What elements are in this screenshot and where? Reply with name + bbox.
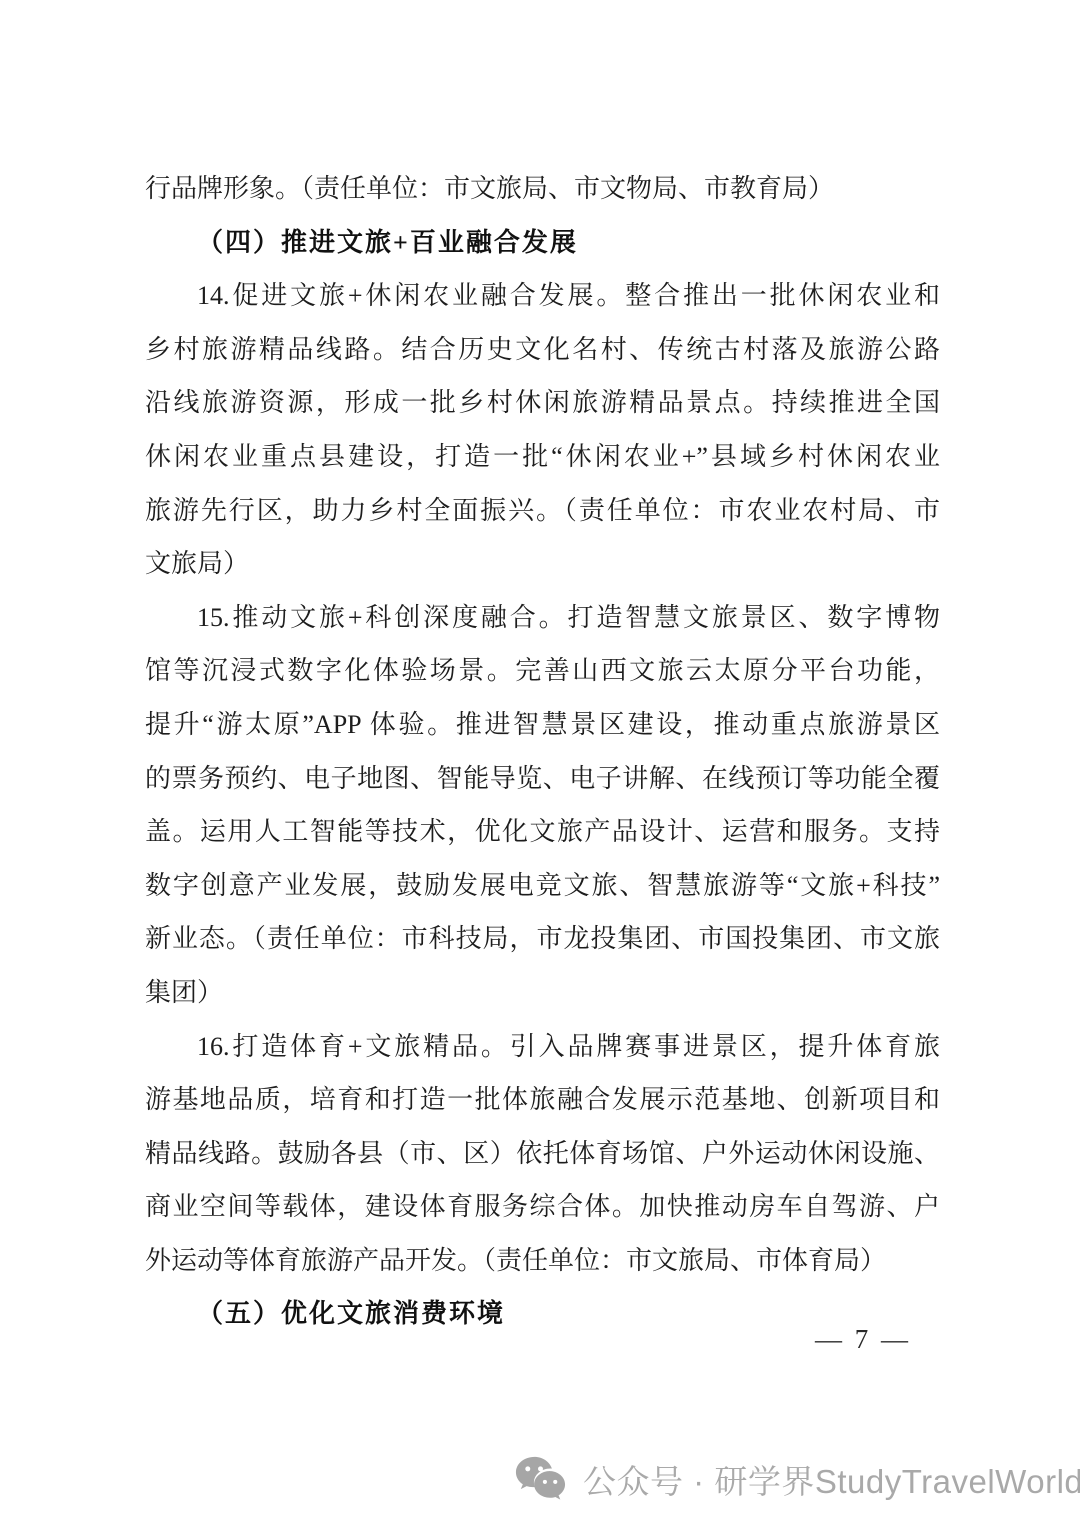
text-line: 沿线旅游资源，形成一批乡村休闲旅游精品景点。持续推进全国: [145, 376, 940, 430]
text-line: 游基地品质，培育和打造一批体旅融合发展示范基地、创新项目和: [145, 1073, 940, 1127]
text-line: 乡村旅游精品线路。结合历史文化名村、传统古村落及旅游公路: [145, 323, 940, 377]
text-line: 休闲农业重点县建设，打造一批“休闲农业+”县域乡村休闲农业: [145, 430, 940, 484]
text-line: 的票务预约、电子地图、智能导览、电子讲解、在线预订等功能全覆: [145, 752, 940, 806]
paragraph-start-line: 14.促进文旅+休闲农业融合发展。整合推出一批休闲农业和: [145, 269, 940, 323]
text-line: 数字创意产业发展，鼓励发展电竞文旅、智慧旅游等“文旅+科技”: [145, 859, 940, 913]
wechat-icon: [514, 1454, 570, 1504]
text-line: 文旅局）: [145, 537, 940, 591]
text-line: 外运动等体育旅游产品开发。（责任单位：市文旅局、市体育局）: [145, 1234, 940, 1288]
text-line: 馆等沉浸式数字化体验场景。完善山西文旅云太原分平台功能，: [145, 644, 940, 698]
paragraph-start-line: 15.推动文旅+科创深度融合。打造智慧文旅景区、数字博物: [145, 591, 940, 645]
text-line: 提升“游太原”APP 体验。推进智慧景区建设，推动重点旅游景区: [145, 698, 940, 752]
text-line: 精品线路。鼓励各县（市、区）依托体育场馆、户外运动休闲设施、: [145, 1127, 940, 1181]
text-line: 新业态。（责任单位：市科技局，市龙投集团、市国投集团、市文旅: [145, 912, 940, 966]
section-heading-4: （四）推进文旅+百业融合发展: [145, 216, 940, 270]
text-line: 集团）: [145, 966, 940, 1020]
document-page: 行品牌形象。（责任单位：市文旅局、市文物局、市教育局） （四）推进文旅+百业融合…: [0, 0, 1080, 1529]
text-line: 行品牌形象。（责任单位：市文旅局、市文物局、市教育局）: [145, 162, 940, 216]
page-number: — 7 —: [815, 1324, 911, 1355]
text-line: 盖。运用人工智能等技术，优化文旅产品设计、运营和服务。支持: [145, 805, 940, 859]
watermark-text: 公众号 · 研学界StudyTravelWorld: [583, 1456, 1080, 1503]
text-line: 旅游先行区，助力乡村全面振兴。（责任单位：市农业农村局、市: [145, 484, 940, 538]
paragraph-start-line: 16.打造体育+文旅精品。引入品牌赛事进景区，提升体育旅: [145, 1020, 940, 1074]
watermark-footer: 公众号 · 研学界StudyTravelWorld: [514, 1454, 1080, 1504]
text-line: 商业空间等载体，建设体育服务综合体。加快推动房车自驾游、户: [145, 1180, 940, 1234]
document-body: 行品牌形象。（责任单位：市文旅局、市文物局、市教育局） （四）推进文旅+百业融合…: [145, 162, 940, 1341]
